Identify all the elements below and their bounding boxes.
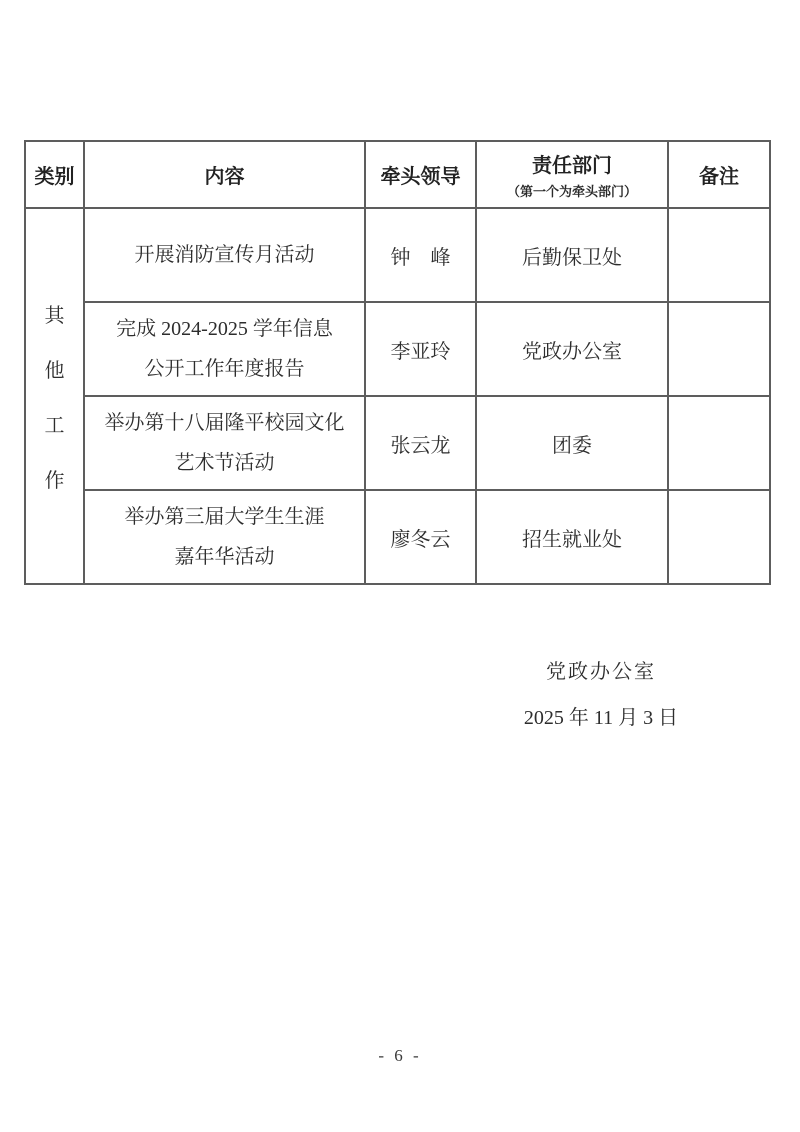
document-page: 类别 内容 牵头领导 责任部门 （第一个为牵头部门） 备注 其 他 工 作 开展…: [0, 0, 800, 1132]
remark-cell: [668, 302, 770, 396]
content-cell: 举办第十八届隆平校园文化 艺术节活动: [84, 396, 365, 490]
remark-cell: [668, 396, 770, 490]
leader-cell: 钟 峰: [365, 208, 476, 302]
table-header-row: 类别 内容 牵头领导 责任部门 （第一个为牵头部门） 备注: [25, 141, 770, 208]
signature-date: 2025 年 11 月 3 日: [455, 706, 747, 730]
signature-block: 党政办公室 2025 年 11 月 3 日: [455, 660, 747, 730]
col-header-responsible-dept-title: 责任部门: [477, 149, 667, 178]
content-cell: 完成 2024-2025 学年信息 公开工作年度报告: [84, 302, 365, 396]
table-row: 举办第三届大学生生涯 嘉年华活动 廖冬云 招生就业处: [25, 490, 770, 584]
col-header-responsible-dept-note: （第一个为牵头部门）: [477, 181, 667, 200]
content-cell: 开展消防宣传月活动: [84, 208, 365, 302]
col-header-category: 类别: [25, 141, 84, 208]
leader-cell: 张云龙: [365, 396, 476, 490]
dept-cell: 招生就业处: [476, 490, 668, 584]
col-header-remarks: 备注: [668, 141, 770, 208]
signature-department: 党政办公室: [455, 660, 747, 684]
dept-cell: 团委: [476, 396, 668, 490]
col-header-content: 内容: [84, 141, 365, 208]
dept-cell: 后勤保卫处: [476, 208, 668, 302]
category-char: 工: [45, 409, 65, 438]
remark-cell: [668, 208, 770, 302]
category-cell-other-work: 其 他 工 作: [25, 208, 84, 584]
content-cell: 举办第三届大学生生涯 嘉年华活动: [84, 490, 365, 584]
category-char: 他: [45, 354, 65, 383]
leader-cell: 李亚玲: [365, 302, 476, 396]
dept-cell: 党政办公室: [476, 302, 668, 396]
col-header-lead-leader: 牵头领导: [365, 141, 476, 208]
table-row: 完成 2024-2025 学年信息 公开工作年度报告 李亚玲 党政办公室: [25, 302, 770, 396]
work-plan-table: 类别 内容 牵头领导 责任部门 （第一个为牵头部门） 备注 其 他 工 作 开展…: [24, 140, 771, 585]
table-row: 其 他 工 作 开展消防宣传月活动 钟 峰 后勤保卫处: [25, 208, 770, 302]
table-row: 举办第十八届隆平校园文化 艺术节活动 张云龙 团委: [25, 396, 770, 490]
category-char: 作: [45, 464, 65, 493]
leader-cell: 廖冬云: [365, 490, 476, 584]
page-number: - 6 -: [0, 1046, 800, 1066]
category-char: 其: [45, 299, 65, 328]
remark-cell: [668, 490, 770, 584]
col-header-responsible-dept: 责任部门 （第一个为牵头部门）: [476, 141, 668, 208]
